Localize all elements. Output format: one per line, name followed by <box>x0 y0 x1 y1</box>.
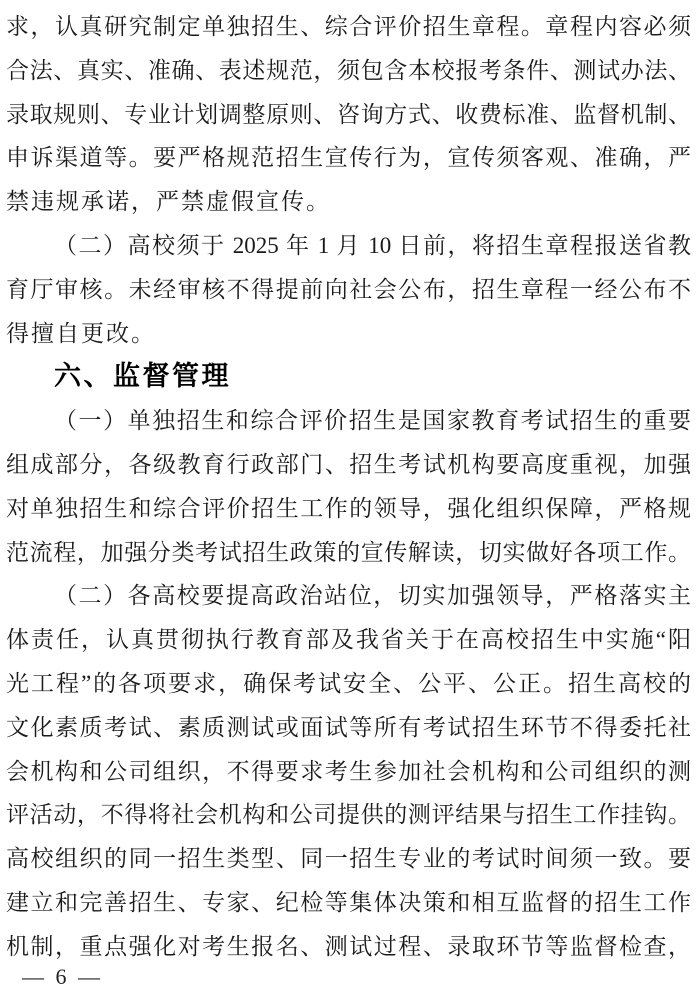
section-heading: 六、监督管理 <box>6 355 691 399</box>
text-line: 高校组织的同一招生类型、同一招生专业的考试时间须一致。要 <box>6 837 691 881</box>
text-line: 范流程，加强分类考试招生政策的宣传解读，切实做好各项工作。 <box>6 531 691 575</box>
paragraph-section6-item-1: （一）单独招生和综合评价招生是国家教育考试招生的重要 组成部分，各级教育行政部门… <box>6 399 691 574</box>
text-line: 录取规则、专业计划调整原则、咨询方式、收费标准、监督机制、 <box>6 93 691 137</box>
text-line: 评活动，不得将社会机构和公司提供的测评结果与招生工作挂钩。 <box>6 793 691 837</box>
text-line: （二）各高校要提高政治站位，切实加强领导，严格落实主 <box>6 574 691 618</box>
text-line: （一）单独招生和综合评价招生是国家教育考试招生的重要 <box>6 399 691 443</box>
text-line: （二）高校须于 2025 年 1 月 10 日前，将招生章程报送省教 <box>6 224 691 268</box>
text-line: 机制，重点强化对考生报名、测试过程、录取环节等监督检查， <box>6 925 691 969</box>
page-number: — 6 — <box>22 964 103 990</box>
text-line: 体责任，认真贯彻执行教育部及我省关于在高校招生中实施“阳 <box>6 618 691 662</box>
paragraph-section6-item-2: （二）各高校要提高政治站位，切实加强领导，严格落实主 体责任，认真贯彻执行教育部… <box>6 574 691 968</box>
text-line: 禁违规承诺，严禁虚假宣传。 <box>6 180 691 224</box>
text-line: 会机构和公司组织，不得要求考生参加社会机构和公司组织的测 <box>6 750 691 794</box>
text-line: 组成部分，各级教育行政部门、招生考试机构要高度重视，加强 <box>6 443 691 487</box>
paragraph-chapter-continuation: 求，认真研究制定单独招生、综合评价招生章程。章程内容必须 合法、真实、准确、表述… <box>6 5 691 224</box>
text-line: 申诉渠道等。要严格规范招生宣传行为，宣传须客观、准确，严 <box>6 136 691 180</box>
text-line: 建立和完善招生、专家、纪检等集体决策和相互监督的招生工作 <box>6 881 691 925</box>
text-line: 光工程”的各项要求，确保考试安全、公平、公正。招生高校的 <box>6 662 691 706</box>
text-line: 合法、真实、准确、表述规范，须包含本校报考条件、测试办法、 <box>6 49 691 93</box>
document-page: 求，认真研究制定单独招生、综合评价招生章程。章程内容必须 合法、真实、准确、表述… <box>0 0 699 994</box>
text-line: 求，认真研究制定单独招生、综合评价招生章程。章程内容必须 <box>6 5 691 49</box>
text-line: 对单独招生和综合评价招生工作的领导，强化组织保障，严格规 <box>6 487 691 531</box>
text-line: 得擅自更改。 <box>6 312 691 356</box>
text-line: 文化素质考试、素质测试或面试等所有考试招生环节不得委托社 <box>6 706 691 750</box>
paragraph-item-2: （二）高校须于 2025 年 1 月 10 日前，将招生章程报送省教 育厅审核。… <box>6 224 691 355</box>
text-line: 育厅审核。未经审核不得提前向社会公布，招生章程一经公布不 <box>6 268 691 312</box>
